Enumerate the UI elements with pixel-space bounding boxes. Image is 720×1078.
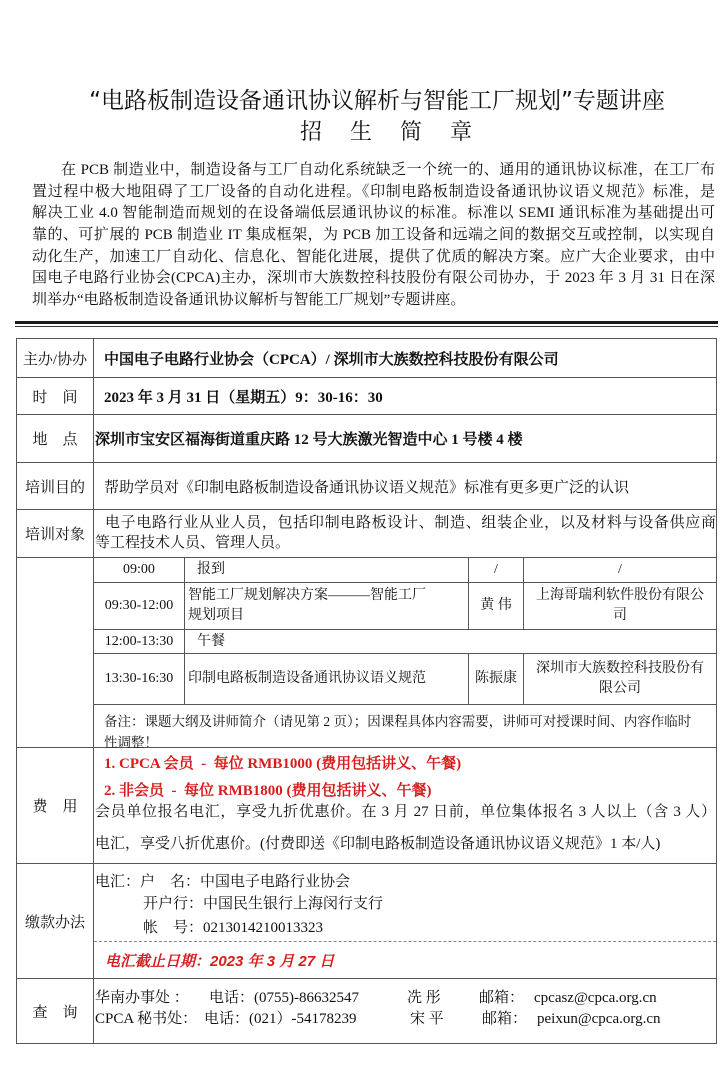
row-schedule: 09:00 报到 / / 09:30-12:00 智能工厂规划解决方案———智能… (17, 558, 716, 748)
schedule-org: 深圳市大族数控科技股份有 限公司 (524, 654, 716, 705)
schedule-table: 09:00 报到 / / 09:30-12:00 智能工厂规划解决方案———智能… (94, 558, 716, 747)
document-subtitle: 招生简章 (300, 118, 500, 148)
contact-phone: 电话：(0755)-86632547 (209, 988, 359, 1008)
intro-paragraph: 在 PCB 制造业中，制造设备与工厂自动化系统缺乏一个统一的、通用的通讯协议标准… (32, 160, 715, 312)
schedule-topic: 智能工厂规划解决方案———智能工厂 规划项目 (185, 583, 469, 630)
topic-line: 智能工厂规划解决方案———智能工厂 (188, 586, 426, 606)
row-time: 时 间 2023 年 3 月 31 日（星期五）9：30-16：30 (17, 378, 716, 415)
org-line: 司 (613, 606, 627, 626)
contact-person: 宋 平 (410, 1009, 444, 1029)
contact-office: CPCA 秘书处： (95, 1009, 197, 1029)
contact-email[interactable]: peixun@cpca.org.cn (537, 1009, 661, 1029)
audience-line: 等工程技术人员、管理人员。 (95, 533, 716, 553)
row-fees: 费 用 1. CPCA 会员 - 每位 RMB1000 (费用包括讲义、午餐) … (17, 748, 716, 864)
row-audience: 培训对象 电子电路行业从业人员，包括印制电路板设计、制造、组装企业，以及材料与设… (17, 510, 716, 558)
schedule-org: 上海哥瑞利软件股份有限公 司 (524, 583, 716, 630)
fee-item-nonmember: 2. 非会员 - 每位 RMB1800 (费用包括讲义、午餐) (104, 781, 431, 801)
org-line: 限公司 (599, 679, 641, 699)
info-table: 主办/协办 中国电子电路行业协会（CPCA）/ 深圳市大族数控科技股份有限公司 … (16, 338, 717, 1044)
contact-person: 冼 彤 (407, 988, 441, 1008)
divider-thick (15, 321, 718, 324)
schedule-topic: 印制电路板制造设备通讯协议语义规范 (185, 654, 469, 705)
audience-line: 电子电路行业从业人员，包括印制电路板设计、制造、组装企业，以及材料与设备供应商 (95, 513, 716, 533)
value-venue: 深圳市宝安区福海街道重庆路 12 号大族激光智造中心 1 号楼 4 楼 (94, 415, 716, 462)
contact-office: 华南办事处 ： (95, 988, 189, 1008)
value-organizer: 中国电子电路行业协会（CPCA）/ 深圳市大族数控科技股份有限公司 (94, 339, 716, 377)
label-audience: 培训对象 (17, 510, 94, 557)
contact-phone: 电话：(021）-54178239 (204, 1009, 357, 1029)
schedule-topic: 报到 (185, 558, 469, 583)
schedule-time: 09:00 (94, 558, 185, 583)
bank-name: 开户行：中国民生银行上海闵行支行 (143, 894, 383, 914)
row-purpose: 培训目的 帮助学员对《印制电路板制造设备通讯协议语义规范》标准有更多更广泛的认识 (17, 463, 716, 510)
label-purpose: 培训目的 (17, 463, 94, 509)
note-line: 备注：课题大纲及讲师简介（请见第 2 页）；因课程具体内容需要，讲师可对授课时间… (104, 711, 716, 732)
fee-note: 会员单位报名电汇，享受九折优惠价。在 3 月 27 日前，单位集体报名 3 人以… (95, 802, 716, 822)
value-fees: 1. CPCA 会员 - 每位 RMB1000 (费用包括讲义、午餐) 2. 非… (94, 748, 716, 863)
schedule-speaker: 陈振康 (469, 654, 524, 705)
intro-line: 圳举办“电路板制造设备通讯协议解析与智能工厂规划”专题讲座。 (32, 290, 715, 312)
row-payment: 缴款办法 电汇：户 名：中国电子电路行业协会 开户行：中国民生银行上海闵行支行 … (17, 864, 716, 979)
schedule-speaker: / (469, 558, 524, 583)
document-title: “电路板制造设备通讯协议解析与智能工厂规划”专题讲座 (0, 86, 720, 116)
intro-line: 解决工业 4.0 智能制造而规划的在设备端低层通讯协议的标准。标准以 SEMI … (32, 203, 715, 225)
label-payment: 缴款办法 (17, 864, 94, 978)
payment-deadline: 电汇截止日期：2023 年 3 月 27 日 (105, 952, 334, 972)
contact-email[interactable]: cpcasz@cpca.org.cn (534, 988, 657, 1008)
fee-item-member: 1. CPCA 会员 - 每位 RMB1000 (费用包括讲义、午餐) (104, 754, 461, 774)
contact-email-label: 邮箱： (482, 1009, 527, 1029)
schedule-time: 13:30-16:30 (94, 654, 185, 705)
account-name: 电汇：户 名：中国电子电路行业协会 (95, 872, 350, 892)
row-organizer: 主办/协办 中国电子电路行业协会（CPCA）/ 深圳市大族数控科技股份有限公司 (17, 339, 716, 378)
org-line: 上海哥瑞利软件股份有限公 (536, 586, 704, 606)
schedule-time: 09:30-12:00 (94, 583, 185, 630)
value-purpose: 帮助学员对《印制电路板制造设备通讯协议语义规范》标准有更多更广泛的认识 (94, 463, 716, 509)
schedule-note: 备注：课题大纲及讲师简介（请见第 2 页）；因课程具体内容需要，讲师可对授课时间… (94, 705, 716, 748)
fee-note: 电汇，享受八折优惠价。(付费即送《印制电路板制造设备通讯协议语义规范》1 本/人… (95, 834, 660, 854)
label-inquiry: 查 询 (17, 979, 94, 1043)
schedule-time: 12:00-13:30 (94, 630, 185, 654)
topic-line: 规划项目 (188, 606, 426, 626)
intro-line: 置过程中极大地阻碍了工厂设备的自动化进程。《印制电路板制造设备通讯协议语义规范》… (32, 182, 715, 204)
label-schedule (17, 558, 94, 747)
schedule-topic: 午餐 (185, 630, 716, 654)
value-payment: 电汇：户 名：中国电子电路行业协会 开户行：中国民生银行上海闵行支行 帐 号：0… (94, 864, 716, 978)
intro-line: 国电子电路行业协会(CPCA)主办，深圳市大族数控科技股份有限公司协办，于 20… (32, 268, 715, 290)
label-organizer: 主办/协办 (17, 339, 94, 377)
label-venue: 地 点 (17, 415, 94, 462)
intro-line: 在 PCB 制造业中，制造设备与工厂自动化系统缺乏一个统一的、通用的通讯协议标准… (32, 160, 715, 182)
dotted-separator (94, 941, 716, 942)
row-venue: 地 点 深圳市宝安区福海街道重庆路 12 号大族激光智造中心 1 号楼 4 楼 (17, 415, 716, 463)
label-fees: 费 用 (17, 748, 94, 863)
intro-line: 动化生产，加速工厂自动化、信息化、智能化进展，提供了优质的解决方案。应广大企业要… (32, 247, 715, 269)
account-number: 帐 号：0213014210013323 (143, 918, 323, 938)
schedule-speaker: 黄 伟 (469, 583, 524, 630)
divider-thin (15, 326, 718, 327)
row-inquiry: 查 询 华南办事处 ： 电话：(0755)-86632547 冼 彤 邮箱： c… (17, 979, 716, 1043)
contact-email-label: 邮箱： (479, 988, 524, 1008)
value-time: 2023 年 3 月 31 日（星期五）9：30-16：30 (94, 378, 716, 414)
intro-line: 靠的、可扩展的 PCB 制造业 IT 集成框架，为 PCB 加工设备和远端之间的… (32, 225, 715, 247)
value-inquiry: 华南办事处 ： 电话：(0755)-86632547 冼 彤 邮箱： cpcas… (94, 979, 716, 1043)
schedule-org: / (524, 558, 716, 583)
value-audience: 电子电路行业从业人员，包括印制电路板设计、制造、组装企业，以及材料与设备供应商 … (94, 510, 716, 557)
org-line: 深圳市大族数控科技股份有 (536, 659, 704, 679)
label-time: 时 间 (17, 378, 94, 414)
